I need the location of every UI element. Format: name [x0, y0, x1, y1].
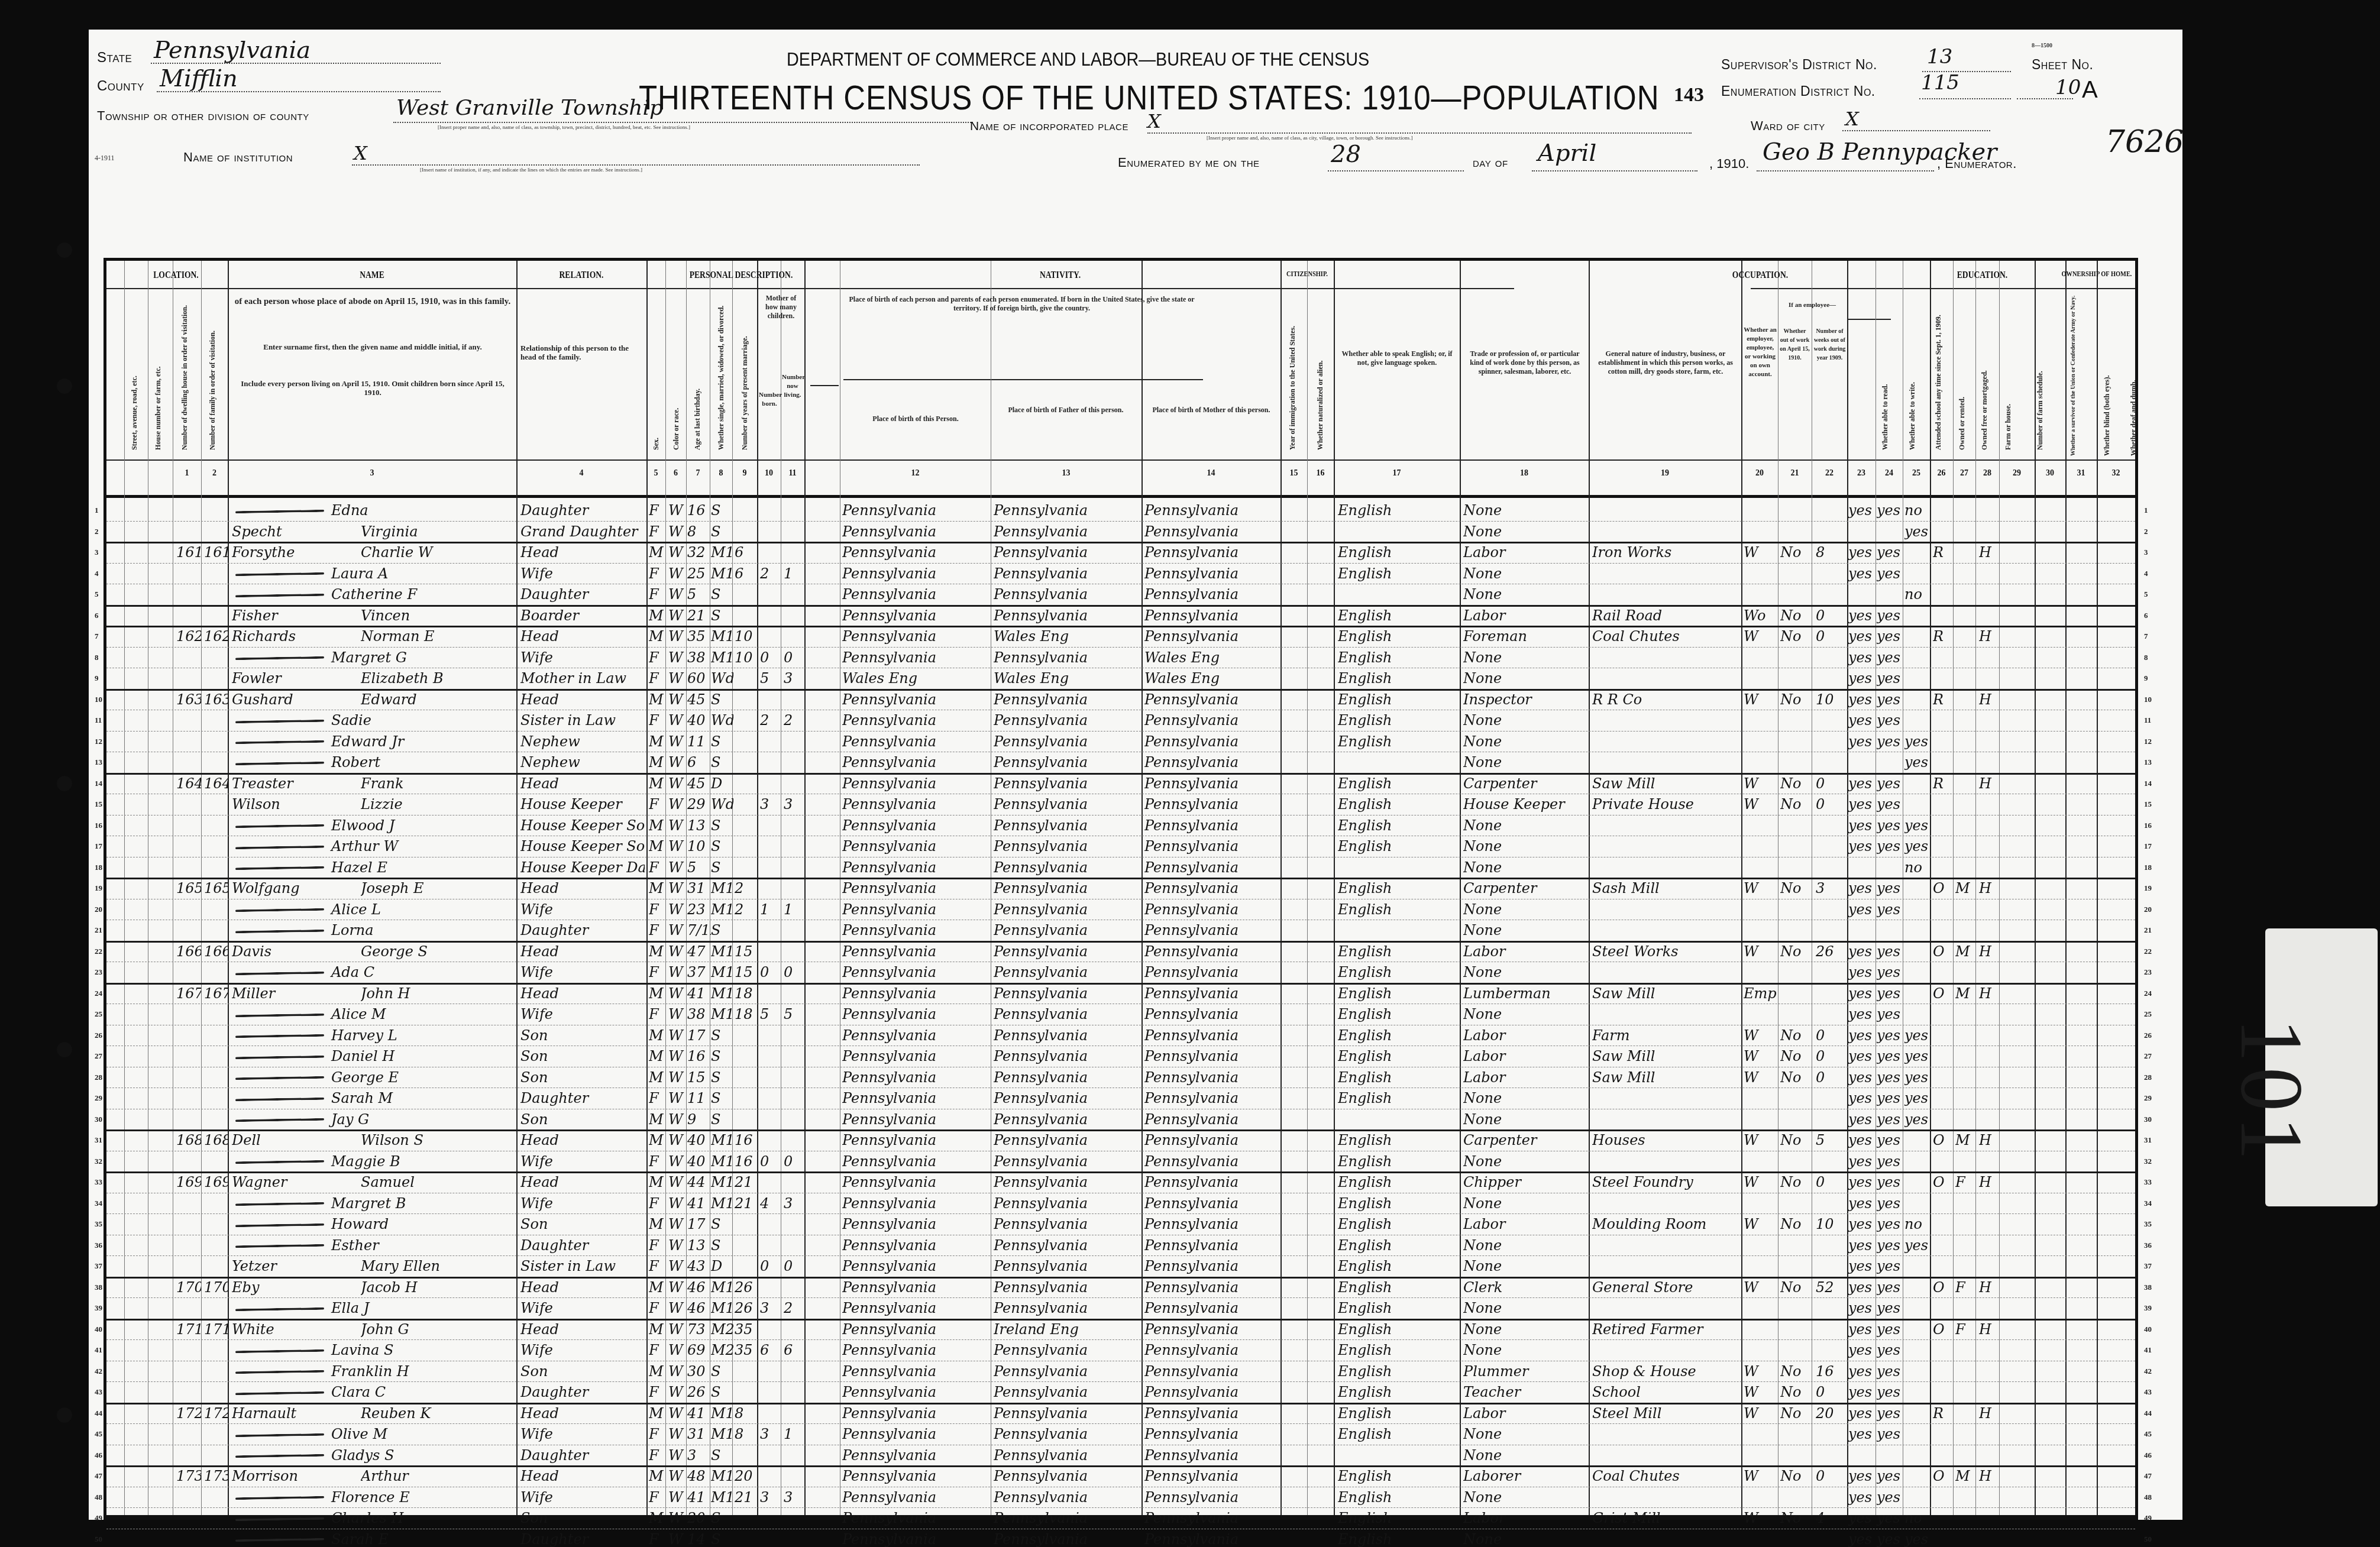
- race: W: [668, 858, 686, 877]
- language: English: [1338, 900, 1459, 919]
- out-of-work: No: [1780, 543, 1811, 562]
- ditto-dash: [235, 1160, 324, 1164]
- can-write: yes: [1877, 1089, 1903, 1108]
- can-read: yes: [1848, 1383, 1875, 1402]
- can-read: yes: [1848, 648, 1875, 667]
- trade: Teacher: [1463, 1383, 1587, 1402]
- margin-note: 7626: [2106, 124, 2184, 160]
- line-number: 16: [95, 821, 102, 830]
- given-name: Franklin H: [331, 1363, 409, 1380]
- marital-status: M1: [711, 627, 733, 646]
- weeks-out: 52: [1816, 1278, 1847, 1297]
- industry: Steel Works: [1592, 942, 1740, 961]
- col-num-11: 11: [781, 469, 804, 478]
- can-write: yes: [1877, 816, 1903, 835]
- mother-birthplace: Pennsylvania: [1144, 774, 1279, 793]
- language: English: [1338, 816, 1459, 835]
- table-row: 3333WagnerSamuel169169HeadMW44M121Pennsy…: [106, 1171, 2135, 1193]
- mother-birthplace: Pennsylvania: [1144, 690, 1279, 709]
- free-mortgaged: M: [1955, 879, 1975, 898]
- name-cell: Harvey L: [235, 1026, 513, 1045]
- line-number: 7: [95, 632, 99, 641]
- language: English: [1338, 1047, 1459, 1066]
- industry: Houses: [1592, 1131, 1740, 1150]
- line-number: 5: [95, 590, 99, 599]
- industry: Coal Chutes: [1592, 1467, 1740, 1485]
- given-name: Ella J: [331, 1300, 369, 1316]
- surname: Miller: [232, 984, 350, 1003]
- age: 20: [687, 1509, 711, 1527]
- institution-note: [Insert name of institution, if any, and…: [420, 167, 642, 173]
- trade: Labor: [1463, 1068, 1587, 1087]
- line-number-right: 3: [2144, 548, 2148, 557]
- relation: Wife: [520, 1194, 645, 1213]
- marital-status: S: [711, 1509, 733, 1527]
- language: English: [1338, 1530, 1459, 1547]
- ditto-dash: [235, 1349, 324, 1353]
- sex: F: [649, 1005, 667, 1024]
- can-read: yes: [1848, 1068, 1875, 1087]
- can-read: yes: [1848, 1236, 1875, 1255]
- header-name-instr1: Enter surname first, then the given name…: [234, 342, 512, 351]
- name-cell: Jay G: [235, 1110, 513, 1129]
- col-num-4: 4: [516, 469, 646, 478]
- family-number: 164: [204, 774, 228, 793]
- age: 46: [687, 1299, 711, 1318]
- table-row: 1212Edward JrNephewMW11SPennsylvaniaPenn…: [106, 731, 2135, 753]
- marital-status: M1: [711, 1194, 733, 1213]
- marital-status: S: [711, 1068, 733, 1087]
- given-name: Edna: [331, 502, 368, 519]
- birthplace: Pennsylvania: [842, 984, 990, 1003]
- given-name: Sadie: [331, 712, 371, 729]
- out-of-work: No: [1780, 1131, 1811, 1150]
- language: English: [1338, 1509, 1459, 1527]
- name-cell: Margret B: [235, 1194, 513, 1213]
- header-dwelling: Number of dwelling house in order of vis…: [180, 302, 189, 450]
- marital-status: S: [711, 1047, 733, 1066]
- col-num-6: 6: [665, 469, 686, 478]
- table-row: 3838EbyJacob H170170HeadMW46M126Pennsylv…: [106, 1277, 2135, 1299]
- line-number-right: 40: [2144, 1325, 2152, 1334]
- birthplace: Pennsylvania: [842, 1173, 990, 1192]
- line-number: 43: [95, 1387, 102, 1397]
- marital-status: M1: [711, 1005, 733, 1024]
- ditto-dash: [235, 1370, 324, 1374]
- sex: F: [649, 1488, 667, 1507]
- trade: Clerk: [1463, 1278, 1587, 1297]
- ditto-dash: [235, 1076, 324, 1080]
- language: English: [1338, 1341, 1459, 1360]
- language: English: [1338, 627, 1459, 646]
- language: English: [1338, 1215, 1459, 1234]
- race: W: [668, 1404, 686, 1423]
- age: 13: [687, 1236, 711, 1255]
- can-write: yes: [1877, 669, 1903, 688]
- state-label: State: [97, 50, 132, 66]
- given-name: Clara C: [331, 1384, 386, 1400]
- mother-birthplace: Pennsylvania: [1144, 984, 1279, 1003]
- trade: None: [1463, 753, 1587, 772]
- sex: F: [649, 1194, 667, 1213]
- surname: Forsythe: [232, 543, 350, 562]
- can-write: yes: [1877, 1236, 1903, 1255]
- line-number-right: 5: [2144, 590, 2148, 599]
- race: W: [668, 1215, 686, 1234]
- ditto-dash: [235, 824, 324, 828]
- mother-birthplace: Pennsylvania: [1144, 1488, 1279, 1507]
- can-read: yes: [1848, 1131, 1875, 1150]
- given-name: Harvey L: [331, 1027, 397, 1044]
- industry: Steel Mill: [1592, 1404, 1740, 1423]
- age: 29: [687, 795, 711, 814]
- age: 48: [687, 1467, 711, 1485]
- ditto-dash: [235, 572, 324, 577]
- father-birthplace: Pennsylvania: [994, 1341, 1140, 1360]
- header-street: Street, avenue, road, etc.: [130, 302, 139, 450]
- age: 6: [687, 753, 711, 772]
- col-num-20: 20: [1741, 469, 1778, 478]
- sex: F: [649, 711, 667, 730]
- line-number-right: 8: [2144, 653, 2148, 662]
- col-num-28: 28: [1975, 469, 1999, 478]
- employer-status: W: [1744, 1047, 1778, 1066]
- age: 26: [687, 1383, 711, 1402]
- children-born: 2: [760, 711, 780, 730]
- name-cell: Ella J: [235, 1299, 513, 1318]
- trade: Laborer: [1463, 1467, 1587, 1485]
- line-number-right: 47: [2144, 1471, 2152, 1481]
- owned-rented: O: [1933, 984, 1953, 1003]
- can-write: yes: [1877, 1131, 1903, 1150]
- sex: M: [649, 1320, 667, 1339]
- sex: M: [649, 1362, 667, 1381]
- race: W: [668, 1236, 686, 1255]
- line-number-right: 16: [2144, 821, 2152, 830]
- father-birthplace: Pennsylvania: [994, 1215, 1140, 1234]
- table-row: 1414TreasterFrank164164HeadMW45DPennsylv…: [106, 773, 2135, 795]
- given-name: Howard: [331, 1216, 389, 1232]
- col-num-27: 27: [1953, 469, 1975, 478]
- surname: Treaster: [232, 774, 350, 793]
- marital-status: M1: [711, 1467, 733, 1485]
- years-married: 26: [735, 1299, 757, 1318]
- attended-school: yes: [1904, 1530, 1930, 1547]
- can-read: yes: [1848, 795, 1875, 814]
- table-row: 2121LornaDaughterFW7/12SPennsylvaniaPenn…: [106, 920, 2135, 943]
- relation: Son: [520, 1026, 645, 1045]
- out-of-work: No: [1780, 942, 1811, 961]
- weeks-out: 20: [1816, 1404, 1847, 1423]
- farm-house: H: [1979, 879, 1999, 898]
- ward-label: Ward of city: [1751, 118, 1825, 134]
- line-number-right: 28: [2144, 1073, 2152, 1082]
- years-married: 15: [735, 963, 757, 982]
- children-living: 1: [784, 1425, 804, 1444]
- sex: F: [649, 1257, 667, 1276]
- mother-birthplace: Pennsylvania: [1144, 1089, 1279, 1108]
- line-number: 37: [95, 1261, 102, 1271]
- group-relation: RELATION.: [529, 269, 633, 281]
- race: W: [668, 1425, 686, 1444]
- birthplace: Pennsylvania: [842, 1299, 990, 1318]
- age: 73: [687, 1320, 711, 1339]
- mother-birthplace: Pennsylvania: [1144, 1446, 1279, 1465]
- trade: None: [1463, 1257, 1587, 1276]
- marital-status: M1: [711, 648, 733, 667]
- industry: School: [1592, 1383, 1740, 1402]
- can-write: yes: [1877, 1278, 1903, 1297]
- age: 44: [687, 1173, 711, 1192]
- sex: M: [649, 627, 667, 646]
- mother-birthplace: Pennsylvania: [1144, 795, 1279, 814]
- employer-status: W: [1744, 774, 1778, 793]
- can-write: yes: [1877, 1383, 1903, 1402]
- relation: Head: [520, 984, 645, 1003]
- sex: M: [649, 1026, 667, 1045]
- children-born: 5: [760, 1005, 780, 1024]
- out-of-work: No: [1780, 1068, 1811, 1087]
- enumerator-label: , Enumerator.: [1937, 156, 2017, 171]
- header-schedule: Number of farm schedule.: [2036, 302, 2045, 450]
- father-birthplace: Wales Eng: [994, 669, 1140, 688]
- table-row: 3434Margret BWifeFW41M12143PennsylvaniaP…: [106, 1193, 2135, 1215]
- name-cell: Charles H: [235, 1509, 513, 1527]
- ditto-dash: [235, 719, 324, 723]
- can-read: yes: [1848, 1047, 1875, 1066]
- mother-birthplace: Pennsylvania: [1144, 732, 1279, 751]
- sex: M: [649, 543, 667, 562]
- line-number: 10: [95, 695, 102, 704]
- dwelling-number: 163: [176, 690, 201, 709]
- can-read: yes: [1848, 816, 1875, 835]
- trade: None: [1463, 1299, 1587, 1318]
- trade: Labor: [1463, 1026, 1587, 1045]
- relation: Sister in Law: [520, 1257, 645, 1276]
- given-name: Reuben K: [361, 1404, 515, 1423]
- punch-hole: [57, 1042, 72, 1057]
- surname: Harnault: [232, 1404, 350, 1423]
- relation: Head: [520, 543, 645, 562]
- years-married: 35: [735, 1320, 757, 1339]
- col-num-10: 10: [757, 469, 781, 478]
- year-label: , 1910.: [1709, 156, 1749, 171]
- col-num-24: 24: [1875, 469, 1903, 478]
- ditto-dash: [235, 593, 324, 597]
- mother-birthplace: Pennsylvania: [1144, 837, 1279, 856]
- children-born: 2: [760, 564, 780, 583]
- weeks-out: 0: [1816, 1047, 1847, 1066]
- table-row: 5050Sarah EDaughterFW14SPennsylvaniaPenn…: [106, 1529, 2135, 1547]
- can-write: yes: [1877, 1215, 1903, 1234]
- given-name: Vincen: [361, 606, 515, 625]
- language: English: [1338, 1152, 1459, 1171]
- header-employer: Whether an employer, employee, or workin…: [1744, 326, 1777, 379]
- header-living: Number now living.: [782, 373, 803, 400]
- ward-value: X: [1845, 108, 1859, 130]
- ditto-dash: [235, 845, 324, 849]
- given-name: Ada C: [331, 964, 374, 980]
- industry: Rail Road: [1592, 606, 1740, 625]
- employer-status: W: [1744, 1383, 1778, 1402]
- line-number-right: 24: [2144, 989, 2152, 998]
- line-number-right: 12: [2144, 737, 2152, 746]
- birthplace: Pennsylvania: [842, 1089, 990, 1108]
- years-married: 2: [735, 900, 757, 919]
- surname: Wilson: [232, 795, 350, 814]
- col-num-8: 8: [710, 469, 732, 478]
- line-number: 12: [95, 737, 102, 746]
- surname: Wagner: [232, 1173, 350, 1192]
- line-number: 21: [95, 925, 102, 935]
- line-number-right: 15: [2144, 800, 2152, 809]
- weeks-out: 0: [1816, 1383, 1847, 1402]
- sex: M: [649, 690, 667, 709]
- given-name: Sarah E: [331, 1531, 389, 1547]
- weeks-out: 0: [1816, 627, 1847, 646]
- relation: Head: [520, 774, 645, 793]
- header-deaf: Whether deaf and dumb.: [2129, 267, 2138, 456]
- marital-status: S: [711, 606, 733, 625]
- can-write: yes: [1877, 1257, 1903, 1276]
- years-married: 35: [735, 1341, 757, 1360]
- race: W: [668, 1446, 686, 1465]
- name-cell: Esther: [235, 1236, 513, 1255]
- marital-status: Wd: [711, 795, 733, 814]
- ditto-dash: [235, 1223, 324, 1227]
- line-number: 45: [95, 1429, 102, 1439]
- birthplace: Pennsylvania: [842, 1236, 990, 1255]
- line-number-right: 30: [2144, 1115, 2152, 1124]
- line-number: 14: [95, 779, 102, 788]
- sex: M: [649, 774, 667, 793]
- can-write: yes: [1877, 564, 1903, 583]
- given-name: John H: [361, 984, 515, 1003]
- race: W: [668, 585, 686, 604]
- mother-birthplace: Pennsylvania: [1144, 1215, 1279, 1234]
- line-number-right: 37: [2144, 1261, 2152, 1271]
- industry: Saw Mill: [1592, 984, 1740, 1003]
- table-row: 4242Franklin HSonMW30SPennsylvaniaPennsy…: [106, 1361, 2135, 1383]
- name-cell: Hazel E: [235, 858, 513, 877]
- language: English: [1338, 837, 1459, 856]
- marital-status: D: [711, 774, 733, 793]
- race: W: [668, 963, 686, 982]
- sex: M: [649, 1131, 667, 1150]
- birthplace: Pennsylvania: [842, 606, 990, 625]
- col-num-21: 21: [1778, 469, 1812, 478]
- trade: None: [1463, 1194, 1587, 1213]
- race: W: [668, 1173, 686, 1192]
- marital-status: S: [711, 837, 733, 856]
- race: W: [668, 1278, 686, 1297]
- race: W: [668, 543, 686, 562]
- table-row: 2727Daniel HSonMW16SPennsylvaniaPennsylv…: [106, 1046, 2135, 1067]
- years-married: 15: [735, 942, 757, 961]
- line-number-right: 18: [2144, 863, 2152, 872]
- given-name: Robert: [331, 754, 380, 771]
- relation: Daughter: [520, 1446, 645, 1465]
- race: W: [668, 1362, 686, 1381]
- sex: F: [649, 1236, 667, 1255]
- sex: M: [649, 1404, 667, 1423]
- department-heading: DEPARTMENT OF COMMERCE AND LABOR—BUREAU …: [787, 48, 1369, 70]
- children-living: 1: [784, 564, 804, 583]
- industry: Private House: [1592, 795, 1740, 814]
- trade: None: [1463, 837, 1587, 856]
- mother-birthplace: Pennsylvania: [1144, 1068, 1279, 1087]
- line-number: 17: [95, 842, 102, 851]
- age: 21: [687, 606, 711, 625]
- relation: Boarder: [520, 606, 645, 625]
- given-name: Margret G: [331, 649, 407, 666]
- relation: Head: [520, 1131, 645, 1150]
- mother-birthplace: Pennsylvania: [1144, 1131, 1279, 1150]
- mother-birthplace: Pennsylvania: [1144, 1467, 1279, 1485]
- ditto-dash: [235, 1055, 324, 1059]
- can-read: yes: [1848, 1425, 1875, 1444]
- header-birth-father: Place of birth of Father of this person.: [995, 406, 1137, 415]
- language: English: [1338, 1425, 1459, 1444]
- name-cell: Edna: [235, 501, 513, 520]
- relation: Son: [520, 1509, 645, 1527]
- name-cell: Lorna: [235, 921, 513, 940]
- can-read: yes: [1848, 1194, 1875, 1213]
- line-number: 33: [95, 1177, 102, 1187]
- can-read: yes: [1848, 1362, 1875, 1381]
- punch-hole: [57, 378, 72, 394]
- can-read: yes: [1848, 1026, 1875, 1045]
- trade: None: [1463, 501, 1587, 520]
- birthplace: Pennsylvania: [842, 921, 990, 940]
- trade: None: [1463, 858, 1587, 877]
- father-birthplace: Pennsylvania: [994, 1236, 1140, 1255]
- free-mortgaged: F: [1955, 1173, 1975, 1192]
- race: W: [668, 1194, 686, 1213]
- group-nativity: NATIVITY.: [884, 269, 1237, 281]
- trade: None: [1463, 1152, 1587, 1171]
- father-birthplace: Ireland Eng: [994, 1320, 1140, 1339]
- line-number-right: 6: [2144, 611, 2148, 620]
- relation: Daughter: [520, 921, 645, 940]
- punch-hole: [57, 242, 72, 258]
- family-number: 173: [204, 1467, 228, 1485]
- age: 43: [687, 1257, 711, 1276]
- sex: M: [649, 606, 667, 625]
- table-row: 1717Arthur WHouse Keeper SonMW10SPennsyl…: [106, 836, 2135, 857]
- age: 15: [687, 1068, 711, 1087]
- mother-birthplace: Pennsylvania: [1144, 753, 1279, 772]
- name-cell: Florence E: [235, 1488, 513, 1507]
- dwelling-number: 162: [176, 627, 201, 646]
- col-num-29: 29: [1999, 469, 2035, 478]
- trade: None: [1463, 711, 1587, 730]
- years-married: 8: [735, 1404, 757, 1423]
- ditto-dash: [235, 1097, 324, 1101]
- line-number-right: 43: [2144, 1387, 2152, 1397]
- employer-status: W: [1744, 879, 1778, 898]
- line-number-right: 31: [2144, 1135, 2152, 1145]
- marital-status: S: [711, 585, 733, 604]
- age: 31: [687, 879, 711, 898]
- relation: Head: [520, 1404, 645, 1423]
- table-row: 3737YetzerMary EllenSister in LawFW43D00…: [106, 1255, 2135, 1279]
- language: English: [1338, 1383, 1459, 1402]
- line-number-right: 26: [2144, 1031, 2152, 1040]
- mother-birthplace: Pennsylvania: [1144, 921, 1279, 940]
- incorporated-place-label: Name of incorporated place: [970, 119, 1128, 134]
- relation: Wife: [520, 963, 645, 982]
